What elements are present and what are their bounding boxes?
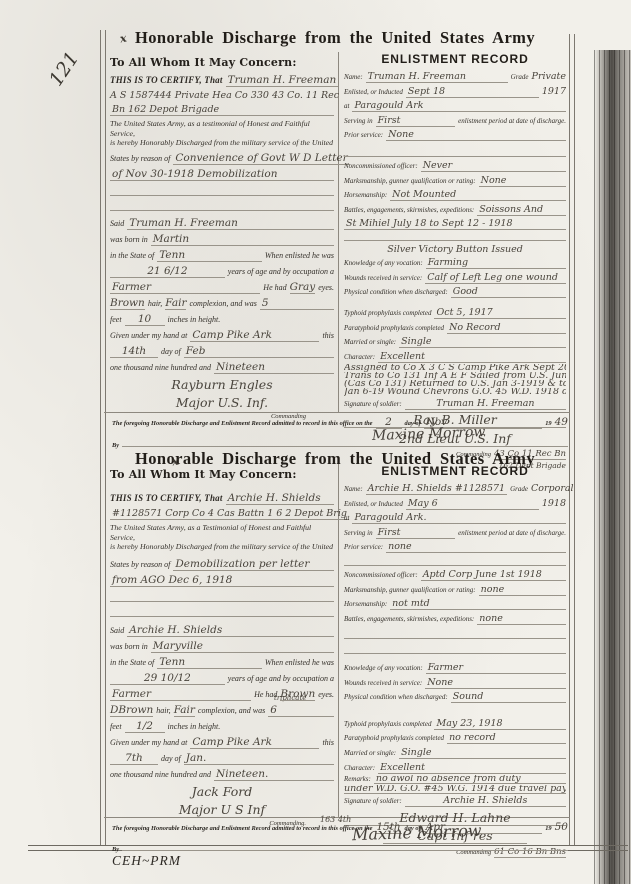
certify-label: THIS IS TO CERTIFY, That [110, 75, 223, 85]
record2-footer: 163 4th The foregoing Honorable Discharg… [112, 821, 568, 856]
record1-title: x Honorable Discharge from the United St… [100, 28, 570, 48]
er-at-row: at Paragould Ark [344, 100, 566, 112]
er-remarks-line3: (Cas Co 131) Returned to U.S. Jan 3-1919… [344, 380, 566, 388]
er-vocation-label: Knowledge of any vocation: [344, 259, 423, 267]
by-row: By [112, 839, 568, 853]
inches-value: 10 [125, 313, 165, 326]
er-condition-label: Physical condition when discharged: [344, 693, 448, 701]
er-character-value: Excellent [378, 762, 566, 774]
margin-page-number: 121 [45, 48, 84, 90]
record1-footer: The foregoing Honorable Discharge and En… [112, 416, 568, 452]
admitted-text: The foregoing Honorable Discharge and En… [112, 420, 373, 427]
er-vocation-row: Knowledge of any vocation: Farmer [344, 662, 566, 674]
er-prior-value: None [386, 129, 566, 141]
by-row: By [112, 435, 568, 449]
er-paratyphoid-row: Paratyphoid prophylaxis completed No Rec… [344, 322, 566, 334]
eyes-value: Gray [290, 281, 316, 294]
er-prior-row: Prior service: None [344, 129, 566, 141]
er-remarks-line1: Assigned to Co X 3 C S Camp Pike Ark Sep… [344, 364, 566, 372]
born-label: was born in [110, 642, 148, 651]
by-label: By [112, 846, 119, 853]
serial-row-1: A S 1587444 Private Hea Co 330 43 Co. 11… [110, 90, 334, 101]
day-row: 14th day of Feb [110, 345, 334, 358]
officer-signature: Rayburn Engles [110, 377, 334, 392]
given-row: Given under my hand at Camp Pike Ark thi… [110, 329, 334, 342]
er-horsemanship-label: Horsemanship: [344, 600, 387, 608]
er-battles-row: Battles, engagements, skirmishes, expedi… [344, 204, 566, 216]
er-nco-label: Noncommissioned officer: [344, 162, 418, 170]
er-name-row: Name: Truman H. Freeman Grade Private [344, 71, 566, 83]
er-enlisted-row: Enlisted, or Inducted May 6 1918 [344, 498, 566, 510]
er-wounds-value: None [425, 677, 566, 689]
serial-line2: Bn 162 Depot Brigade [110, 104, 334, 116]
day-value: 7th [110, 752, 158, 765]
occupation-value: Farmer [110, 281, 260, 294]
said-label: Said [110, 219, 124, 228]
blank-rule [344, 145, 566, 157]
record2-enlistment-column: ENLISTMENT RECORD Name: Archie H. Shield… [344, 464, 566, 860]
said-name-value: Truman H. Freeman [127, 217, 334, 230]
reason-value1: Demobilization per letter [173, 558, 334, 571]
place-value: Camp Pike Ark [190, 736, 319, 749]
er-wounds-row: Wounds received in service: Calf of Left… [344, 272, 566, 284]
year-row: one thousand nine hundred and Nineteen [110, 361, 334, 374]
blank-rule [344, 627, 566, 639]
born-row: was born in Martin [110, 233, 334, 246]
er-typhoid-label: Typhoid prophylaxis completed [344, 309, 431, 317]
er-grade-label: Grade [510, 485, 528, 493]
er-prior-value: none [386, 541, 566, 553]
officer-signature-row: Jack Ford [110, 784, 334, 799]
er-paratyphoid-label: Paratyphoid prophylaxis completed [344, 734, 444, 742]
officer-signature-row: Rayburn Engles [110, 377, 334, 392]
born-value: Maryville [151, 640, 334, 653]
inches-label: inches in height. [168, 722, 221, 731]
day-row: 7th day of Jan. [110, 752, 334, 765]
complexion-label: complexion, and was [189, 299, 256, 308]
hair-label: hair, [156, 706, 170, 715]
er-married-row: Married or single: Single [344, 336, 566, 348]
er-married-value: Single [399, 336, 566, 348]
officer-rank-row: Major U.S. Inf. [110, 395, 334, 410]
said-row: Said Archie H. Shields [110, 624, 334, 637]
boilerplate-line2: is hereby Honorably Discharged from the … [110, 138, 334, 148]
state-label: in the State of [110, 658, 154, 667]
reason-label: States by reason of [110, 154, 170, 163]
this-label: this [322, 738, 334, 747]
serial-line1: A S 1587444 Private Hea Co 330 43 Co. 11… [110, 90, 339, 101]
er-paratyphoid-label: Paratyphoid prophylaxis completed [344, 324, 444, 332]
er-vocation-label: Knowledge of any vocation: [344, 664, 423, 672]
er-wounds-row: Wounds received in service: None [344, 677, 566, 689]
er-condition-value: Sound [451, 691, 566, 703]
er-married-label: Married or single: [344, 338, 396, 346]
er-battles-value2: St Mihiel July 18 to Sept 12 - 1918 [344, 218, 566, 230]
blank-rule [344, 642, 566, 654]
er-at-row: at Paragould Ark. [344, 512, 566, 524]
eyes-label: eyes. [318, 690, 334, 699]
er-serving-value: First [376, 115, 456, 127]
er-soldier-signature-label: Signature of soldier: [344, 400, 402, 408]
er-paratyphoid-value: no record [447, 732, 566, 744]
er-character-label: Character: [344, 764, 375, 772]
feet-label: feet [110, 315, 122, 324]
er-remarks-line4: Jan 6-19 Wound Chevrons G.O. 45 W.D. 191… [344, 388, 566, 396]
occupation-value: Farmer [110, 688, 251, 701]
er-remarks-line1: no awol no absence from duty [374, 775, 566, 784]
eyes-label: eyes. [318, 283, 334, 292]
day-value: 14th [110, 345, 158, 358]
er-remarks-row: Remarks: no awol no absence from duty [344, 775, 566, 784]
complexion-label: complexion, and was [198, 706, 265, 715]
er-wounds-value: Calf of Left Leg one wound [425, 272, 566, 284]
blank-rule [110, 184, 334, 196]
age-row: 29 10/12 years of age and by occupation … [110, 672, 334, 685]
er-horsemanship-value: Not Mounted [390, 189, 566, 201]
er-soldier-signature: Archie H. Shields [405, 795, 566, 807]
enlisted-was-label: When enlisted he was [265, 658, 334, 667]
er-name-value: Truman H. Freeman [366, 71, 508, 83]
by-label: By [112, 442, 119, 449]
year-value: Nineteen [214, 361, 334, 374]
serial-line1: #1128571 Corp Co 4 Cas Battn 1 6 2 Depot… [110, 508, 349, 520]
hair-value: DBrown [110, 704, 153, 717]
height-feet-value: 5 [260, 297, 334, 310]
year-label: one thousand nine hundred and [110, 770, 211, 779]
officer-rank: Major U S Inf [110, 802, 334, 817]
er-serving-suffix: enlistment period at date of discharge. [458, 529, 566, 537]
er-character-value: Excellent [378, 351, 566, 363]
serial-row-2: Bn 162 Depot Brigade [110, 104, 334, 116]
place-value: Camp Pike Ark [190, 329, 319, 342]
year-row: one thousand nine hundred and Nineteen. [110, 768, 334, 781]
er-victory-button-note: Silver Victory Button Issued [387, 244, 523, 255]
er-battles-label: Battles, engagements, skirmishes, expedi… [344, 206, 474, 214]
er-marksmanship-label: Marksmanship, gunner qualification or ra… [344, 586, 476, 594]
er-wounds-label: Wounds received in service: [344, 274, 422, 282]
er-horsemanship-row: Horsemanship: Not Mounted [344, 189, 566, 201]
er-typhoid-row: Typhoid prophylaxis completed Oct 5, 191… [344, 307, 566, 319]
boilerplate-line2: is hereby Honorably Discharged from the … [110, 542, 334, 552]
born-value: Martin [151, 233, 334, 246]
er-vocation-row: Knowledge of any vocation: Farming [344, 257, 566, 269]
er-name-label: Name: [344, 73, 363, 81]
year-label: one thousand nine hundred and [110, 363, 211, 372]
er-wounds-label: Wounds received in service: [344, 679, 422, 687]
admitted-year-preprint: 19 [545, 420, 551, 427]
blank-rule [110, 605, 334, 617]
er-soldier-signature-row: Signature of soldier: Truman H. Freeman [344, 398, 566, 410]
given-label: Given under my hand at [110, 331, 187, 340]
er-typhoid-value: Oct 5, 1917 [434, 307, 566, 319]
er-at-value: Paragould Ark. [352, 512, 566, 524]
blank-rule [344, 558, 566, 566]
age-value: 29 10/12 [110, 672, 225, 685]
er-serving-row: Serving in First enlistment period at da… [344, 527, 566, 539]
age-label: years of age and by occupation a [228, 267, 334, 276]
officer-rank: Major U.S. Inf. [110, 395, 334, 410]
reason-row: States by reason of Demobilization per l… [110, 558, 334, 571]
month-value: Feb [184, 345, 334, 358]
dayof-label: day of [161, 347, 181, 356]
er-nco-row: Noncommissioned officer: Aptd Corp June … [344, 569, 566, 581]
er-condition-label: Physical condition when discharged: [344, 288, 448, 296]
er-enlisted-label: Enlisted, or Inducted [344, 500, 403, 508]
er-condition-value: Good [451, 286, 566, 298]
certify-label: THIS IS TO CERTIFY, That [110, 493, 223, 503]
hair-label: hair, [148, 299, 162, 308]
er-character-row: Character: Excellent [344, 351, 566, 363]
er-soldier-signature-row: Signature of soldier: Archie H. Shields [344, 795, 566, 807]
said-label: Said [110, 626, 124, 635]
state-label: in the State of [110, 251, 154, 260]
state-row: in the State of Tenn When enlisted he wa… [110, 249, 334, 262]
er-enlisted-value: May 6 [406, 498, 539, 510]
reason-value2: of Nov 30-1918 Demobilization [110, 168, 334, 181]
enlisted-was-label: When enlisted he was [265, 251, 334, 260]
reason-row-2: from AGO Dec 6, 1918 [110, 574, 334, 587]
er-enlisted-label: Enlisted, or Inducted [344, 88, 403, 96]
hehad-label: He had [254, 690, 277, 699]
er-remarks-line2: Trans to Co 131 Inf A E F Sailed from U.… [344, 372, 566, 380]
er-battles-row-2: St Mihiel July 18 to Sept 12 - 1918 [344, 218, 566, 230]
inches-label: inches in height. [168, 315, 221, 324]
inches-row: feet 1/2 inches in height. [110, 720, 334, 733]
hehad-label: He had [263, 283, 286, 292]
er-serving-suffix: enlistment period at date of discharge. [458, 117, 566, 125]
check-mark-icon: x [119, 31, 129, 45]
er-typhoid-label: Typhoid prophylaxis completed [344, 720, 431, 728]
complexion-value: Fair [165, 297, 186, 310]
er-married-row: Married or single: Single [344, 747, 566, 759]
er-serving-value: First [376, 527, 456, 539]
er-married-label: Married or single: [344, 749, 396, 757]
reason-row: States by reason of Convenience of Govt … [110, 152, 334, 165]
state-row: in the State of Tenn When enlisted he wa… [110, 656, 334, 669]
hair-row: DBrown hair, Fair complexion, and was 6 [110, 704, 334, 717]
er-button-note-row: Silver Victory Button Issued [344, 244, 566, 255]
er-serving-label: Serving in [344, 117, 373, 125]
dayof-label: day of [161, 754, 181, 763]
document-page: 121 CEH~PRM triplicate x Honorable Disch… [0, 0, 631, 884]
given-row: Given under my hand at Camp Pike Ark thi… [110, 736, 334, 749]
born-row: was born in Maryville [110, 640, 334, 653]
er-remarks-line2: under W.D. G.O. #45 W.G. 1914 due travel… [344, 785, 566, 794]
er-married-value: Single [399, 747, 566, 759]
er-battles-value1: Soissons And [477, 204, 566, 216]
hair-value: Brown [110, 297, 145, 310]
blank-rule [344, 233, 566, 241]
record1-certificate-column: To All Whom It May Concern: THIS IS TO C… [110, 56, 334, 420]
er-character-row: Character: Excellent [344, 762, 566, 774]
reason-value2: from AGO Dec 6, 1918 [110, 574, 334, 587]
this-label: this [322, 331, 334, 340]
er-marksmanship-row: Marksmanship, gunner qualification or ra… [344, 584, 566, 596]
admitted-row: The foregoing Honorable Discharge and En… [112, 416, 568, 429]
er-typhoid-row: Typhoid prophylaxis completed May 23, 19… [344, 718, 566, 730]
month-value: Jan. [184, 752, 334, 765]
er-enlisted-value: Sept 18 [406, 86, 539, 98]
er-grade-value: Private [532, 71, 566, 82]
er-horsemanship-value: not mtd [390, 598, 566, 610]
soldier-name-value: Truman H. Freeman [226, 74, 339, 87]
record1-salutation: To All Whom It May Concern: [110, 56, 334, 69]
frame-right-border [569, 34, 575, 846]
er-name-row: Name: Archie H. Shields #1128571 Grade C… [344, 483, 566, 495]
er-serving-row: Serving in First enlistment period at da… [344, 115, 566, 127]
occupation-row: Farmer He had Brown eyes. [110, 688, 334, 701]
er-condition-row: Physical condition when discharged: Soun… [344, 691, 566, 703]
er-prior-label: Prior service: [344, 543, 383, 551]
er-soldier-signature-label: Signature of soldier: [344, 797, 402, 805]
admitted-year: 49 [555, 416, 568, 428]
er-enlisted-year: 1918 [542, 498, 566, 509]
given-label: Given under my hand at [110, 738, 187, 747]
eyes-value: Brown [280, 688, 315, 701]
year-value: Nineteen. [214, 768, 334, 781]
state-value: Tenn [157, 249, 262, 262]
officer-rank-row: Major U S Inf [110, 802, 334, 817]
soldier-name-value: Archie H. Shields [226, 492, 334, 505]
age-row: 21 6/12 years of age and by occupation a [110, 265, 334, 278]
er-serving-label: Serving in [344, 529, 373, 537]
hair-row: Brown hair, Fair complexion, and was 5 [110, 297, 334, 310]
record1-title-text: Honorable Discharge from the United Stat… [135, 28, 535, 47]
er-nco-value: Aptd Corp June 1st 1918 [421, 569, 566, 581]
certify-row: THIS IS TO CERTIFY, That Archie H. Shiel… [110, 492, 334, 505]
er-vocation-value: Farmer [426, 662, 566, 674]
blank-rule [110, 590, 334, 602]
er-battles-label: Battles, engagements, skirmishes, expedi… [344, 615, 474, 623]
er-prior-row: Prior service: none [344, 541, 566, 553]
admitted-year: 50 [555, 821, 568, 833]
er-enlisted-year: 1917 [542, 86, 566, 97]
complexion-value: Fair [174, 704, 195, 717]
book-spine-shadow [594, 50, 631, 884]
enlistment-record-title: ENLISTMENT RECORD [344, 52, 566, 66]
er-paratyphoid-value: No Record [447, 322, 566, 334]
er-at-label: at [344, 102, 349, 110]
er-name-value: Archie H. Shields #1128571 [366, 483, 507, 495]
inches-row: feet 10 inches in height. [110, 313, 334, 326]
said-name-value: Archie H. Shields [127, 624, 334, 637]
age-label: years of age and by occupation a [228, 674, 334, 683]
er-paratyphoid-row: Paratyphoid prophylaxis completed no rec… [344, 732, 566, 744]
said-row: Said Truman H. Freeman [110, 217, 334, 230]
reason-label: States by reason of [110, 560, 170, 569]
state-value: Tenn [157, 656, 262, 669]
er-remarks-label: Remarks: [344, 775, 371, 783]
column-divider-record1 [338, 52, 339, 412]
born-label: was born in [110, 235, 148, 244]
record1-enlistment-column: ENLISTMENT RECORD Name: Truman H. Freema… [344, 52, 566, 472]
er-battles-row: Battles, engagements, skirmishes, expedi… [344, 613, 566, 625]
er-nco-row: Noncommissioned officer: Never [344, 160, 566, 172]
er-character-label: Character: [344, 353, 375, 361]
blank-rule [110, 199, 334, 211]
er-marksmanship-value: None [479, 175, 566, 187]
footer-overwritten-note: 163 4th [320, 815, 351, 824]
admitted-year-preprint: 19 [545, 825, 551, 832]
age-value: 21 6/12 [110, 265, 225, 278]
height-feet-value: 6 [268, 704, 334, 717]
boilerplate-line1: The United States Army, as a testimonial… [110, 119, 334, 138]
certify-row: THIS IS TO CERTIFY, That Truman H. Freem… [110, 74, 334, 87]
officer-signature: Jack Ford [110, 784, 334, 799]
enlistment-record-title: ENLISTMENT RECORD [344, 464, 566, 478]
er-soldier-signature: Truman H. Freeman [405, 398, 566, 410]
er-nco-value: Never [421, 160, 566, 172]
er-at-label: at [344, 514, 349, 522]
er-vocation-value: Farming [426, 257, 566, 269]
er-marksmanship-row: Marksmanship, gunner qualification or ra… [344, 175, 566, 187]
admitted-text: The foregoing Honorable Discharge and En… [112, 825, 373, 832]
er-nco-label: Noncommissioned officer: [344, 571, 418, 579]
er-battles-value1: none [477, 613, 566, 625]
er-grade-value: Corporal [531, 483, 574, 494]
boilerplate-line1: The United States Army, as a Testimonial… [110, 523, 334, 542]
er-horsemanship-row: Horsemanship: not mtd [344, 598, 566, 610]
frame-left-border [100, 30, 106, 846]
occupation-row: Farmer He had Gray eyes. [110, 281, 334, 294]
record2-certificate-column: To All Whom It May Concern: THIS IS TO C… [110, 468, 334, 827]
er-at-value: Paragould Ark [352, 100, 566, 112]
er-typhoid-value: May 23, 1918 [434, 718, 566, 730]
inches-value: 1/2 [125, 720, 165, 733]
record2-salutation: To All Whom It May Concern: [110, 468, 334, 481]
er-prior-label: Prior service: [344, 131, 383, 139]
er-marksmanship-label: Marksmanship, gunner qualification or ra… [344, 177, 476, 185]
reason-row-2: of Nov 30-1918 Demobilization [110, 168, 334, 181]
er-condition-row: Physical condition when discharged: Good [344, 286, 566, 298]
feet-label: feet [110, 722, 122, 731]
er-marksmanship-value: none [479, 584, 566, 596]
er-enlisted-row: Enlisted, or Inducted Sept 18 1917 [344, 86, 566, 98]
serial-row-1: #1128571 Corp Co 4 Cas Battn 1 6 2 Depot… [110, 508, 334, 520]
reason-value1: Convenience of Govt W D Letter [173, 152, 349, 165]
er-horsemanship-label: Horsemanship: [344, 191, 387, 199]
er-grade-label: Grade [511, 73, 529, 81]
er-name-label: Name: [344, 485, 363, 493]
